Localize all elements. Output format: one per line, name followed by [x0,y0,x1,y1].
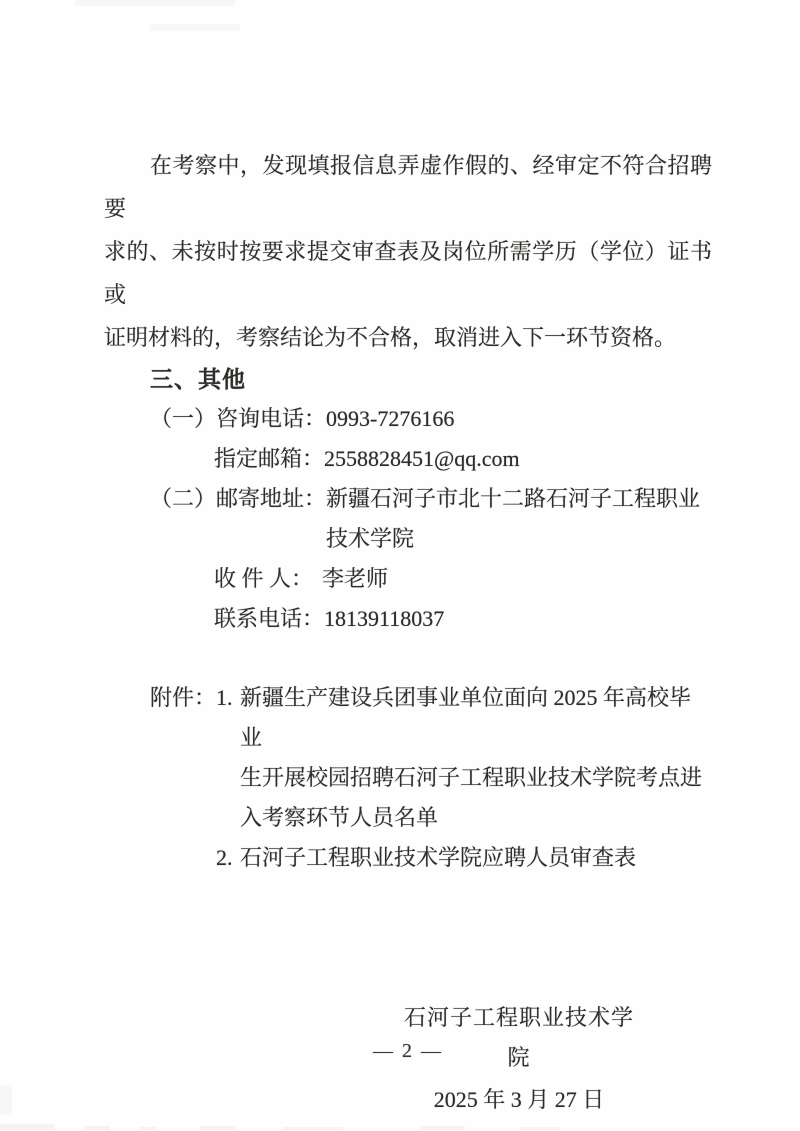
attachment-number: 2. [216,838,240,878]
page-number: — 2 — [104,1038,712,1064]
scan-artifact [420,1126,465,1130]
scan-artifact [283,1127,343,1130]
attachment-2-title: 石河子工程职业技术学院应聘人员审查表 [240,838,712,878]
attachment-items: 1. 新疆生产建设兵团事业单位面向 2025 年高校毕业生开展校园招聘石河子工程… [216,678,712,878]
scan-artifact [150,24,240,31]
contact-row-mail-address: （二） 邮寄地址： 新疆石河子市北十二路石河子工程职业技术学院 [150,479,712,559]
scan-artifact [75,0,235,6]
attachments-label: 附件： [150,678,216,718]
contact-phone-value: 18139118037 [324,599,712,639]
mail-address-value: 新疆石河子市北十二路石河子工程职业技术学院 [326,479,712,559]
contact-label: 咨询电话： [216,399,326,439]
attachment-number: 1. [216,678,240,718]
document-page: 在考察中，发现填报信息弄虚作假的、经审定不符合招聘要求的、未按时按要求提交审查表… [0,0,800,1131]
scan-artifact [0,1085,12,1115]
inspection-paragraph: 在考察中，发现填报信息弄虚作假的、经审定不符合招聘要求的、未按时按要求提交审查表… [104,144,712,359]
contact-label: 指定邮箱： [214,439,324,479]
attachment-1-title: 新疆生产建设兵团事业单位面向 2025 年高校毕业生开展校园招聘石河子工程职业技… [240,678,712,838]
scan-artifact [200,1126,235,1130]
contact-label: 收 件 人： [214,559,322,599]
contact-row-contact-phone: 联系电话： 18139118037 [150,599,712,639]
contact-row-consult-phone: （一） 咨询电话： 0993-7276166 [150,399,712,439]
contact-label: 联系电话： [214,599,324,639]
attachment-item-2: 2. 石河子工程职业技术学院应聘人员审查表 [216,838,712,878]
consult-phone-value: 0993-7276166 [326,399,712,439]
signature-date: 2025 年 3 月 27 日 [394,1080,644,1120]
contact-prefix: （二） [150,479,216,519]
scan-artifact [85,1126,110,1130]
document-content: 在考察中，发现填报信息弄虚作假的、经审定不符合招聘要求的、未按时按要求提交审查表… [0,0,800,1120]
section-heading-other: 三、其他 [150,359,712,399]
attachment-item-1: 1. 新疆生产建设兵团事业单位面向 2025 年高校毕业生开展校园招聘石河子工程… [216,678,712,838]
recipient-value: 李老师 [322,559,712,599]
scan-artifact [0,1124,55,1130]
contact-row-email: 指定邮箱： 2558828451@qq.com [150,439,712,479]
scan-artifact [520,1127,560,1130]
contact-prefix: （一） [150,399,216,439]
email-value: 2558828451@qq.com [324,439,712,479]
contact-label: 邮寄地址： [216,479,326,519]
contact-row-recipient: 收 件 人： 李老师 [150,559,712,599]
attachments-block: 附件： 1. 新疆生产建设兵团事业单位面向 2025 年高校毕业生开展校园招聘石… [150,678,712,878]
scan-artifact [140,1127,156,1130]
